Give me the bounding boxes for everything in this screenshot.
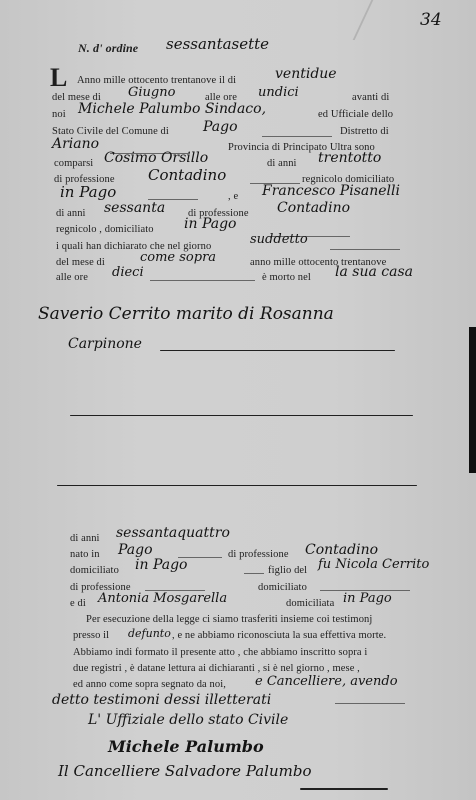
date-day: ventidue (275, 66, 337, 82)
intro-line3-b: ed Ufficiale dello (318, 109, 393, 120)
deceased-born-label: nato in (70, 549, 100, 560)
witness1-age-label: di anni (267, 158, 297, 169)
deceased-domicile-label: domiciliato (70, 565, 119, 576)
deceased-line1: Saverio Cerrito marito di Rosanna (38, 304, 334, 324)
closing-p6-hand: detto testimoni dessi illetterati (52, 692, 271, 708)
clerk-signature: Il Cancelliere Salvadore Palumbo (58, 762, 312, 780)
mother-label: e di (70, 598, 86, 609)
closing-p2a: presso il (73, 630, 109, 641)
fill-line (330, 249, 400, 250)
witness1-age: trentotto (318, 150, 381, 166)
witness2-profession: Contadino (277, 200, 350, 216)
witness1-profession: Contadino (148, 166, 226, 184)
binding-edge (469, 327, 476, 473)
officer-signature: Michele Palumbo (108, 737, 264, 756)
officer-title: L' Uffiziale dello stato Civile (88, 712, 288, 728)
death-month: come sopra (140, 250, 216, 265)
initial-letter: L (50, 63, 67, 93)
mayor-name: Michele Palumbo Sindaco, (78, 101, 266, 117)
deceased-profession: Contadino (305, 542, 378, 558)
declaration-line3-b: è morto nel (262, 272, 311, 283)
witness2-domicile: in Pago (184, 216, 236, 232)
fill-line (150, 280, 255, 281)
signature-flourish (300, 788, 388, 790)
deceased-born: Pago (118, 542, 153, 558)
closing-p5-hand: e Cancelliere, avendo (255, 674, 398, 689)
witness1-name: Cosimo Orsillo (104, 150, 208, 166)
comune-name: Pago (203, 119, 238, 135)
intro-line3-a: noi (52, 109, 66, 120)
stamp-mark (353, 0, 404, 40)
closing-p1: Per esecuzione della legge ci siamo tras… (86, 614, 372, 625)
conj-e: , e (228, 191, 238, 202)
closing-p5: ed anno come sopra segnato da noi, (73, 679, 226, 690)
closing-p2b: , e ne abbiamo riconosciuta la sua effet… (172, 630, 386, 641)
label-comparsi: comparsi (54, 158, 93, 169)
deceased-age: sessantaquattro (116, 525, 230, 541)
witness2-age-label: di anni (56, 208, 86, 219)
deceased-son-label: figlio del (268, 565, 307, 576)
ink-line (70, 415, 413, 416)
intro-line4-b: Distretto di (340, 126, 389, 137)
mother-domicile-label: domiciliata (286, 598, 334, 609)
closing-p2-hand: defunto (128, 627, 171, 640)
deceased-line2: Carpinone (68, 336, 142, 352)
deceased-age-label: di anni (70, 533, 100, 544)
date-hour: undici (258, 85, 299, 100)
page-number: 34 (420, 10, 442, 30)
death-hour: dieci (112, 265, 144, 280)
date-month: Giugno (128, 85, 175, 100)
fill-line (335, 703, 405, 704)
deceased-domicile: in Pago (135, 557, 187, 573)
witness2-age: sessanta (104, 200, 165, 216)
deceased-father: fu Nicola Cerrito (318, 557, 429, 572)
district-name: Ariano (52, 136, 99, 152)
father-domicile-label: domiciliato (258, 582, 307, 593)
witness2-domicile-label: regnicolo , domiciliato (56, 224, 154, 235)
fill-line (244, 573, 264, 574)
deceased-profession-label: di professione (228, 549, 289, 560)
declaration-line2-a: del mese di (56, 257, 105, 268)
mother-domicile: in Pago (343, 591, 392, 606)
death-place: la sua casa (335, 264, 413, 280)
death-day: suddetto (250, 232, 308, 247)
intro-line2-c: avanti di (352, 92, 389, 103)
document-page: 34 N. d' ordine sessantasette L Anno mil… (0, 0, 476, 800)
order-label: N. d' ordine (78, 41, 138, 56)
closing-p3: Abbiamo indi formato il presente atto , … (73, 647, 367, 658)
ink-line (57, 485, 417, 486)
ink-line (160, 350, 395, 351)
declaration-line3-a: alle ore (56, 272, 88, 283)
witness1-domicile: in Pago (60, 183, 116, 201)
order-value: sessantasette (166, 35, 269, 53)
fill-line (262, 136, 332, 137)
mother-name: Antonia Mosgarella (98, 591, 227, 606)
witness2-name: Francesco Pisanelli (262, 183, 400, 199)
closing-p4: due registri , è datane lettura ai dichi… (73, 663, 360, 674)
